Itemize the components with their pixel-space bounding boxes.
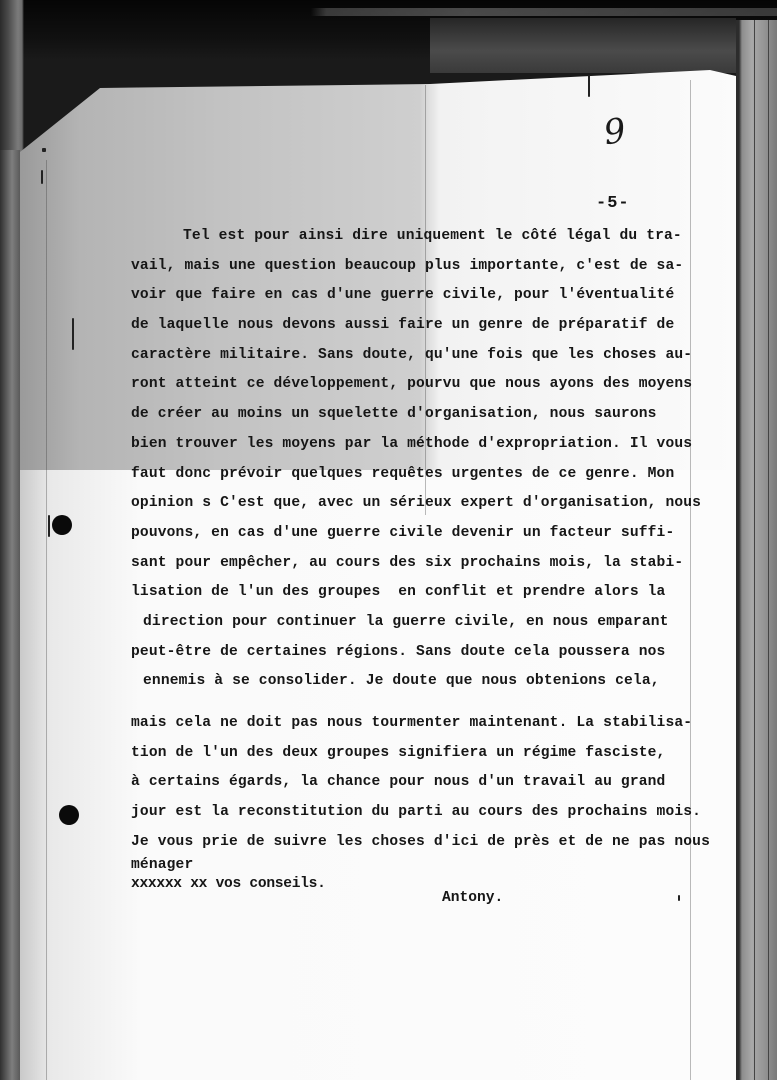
letter-body: Tel est pour ainsi dire uniquement le cô…: [131, 222, 721, 895]
body-line: ront atteint ce développement, pourvu qu…: [131, 370, 721, 400]
body-line: ennemis à se consolider. Je doute que no…: [131, 667, 721, 697]
scan-mark: [678, 895, 680, 901]
body-line: mais cela ne doit pas nous tourmenter ma…: [131, 709, 721, 739]
body-line: faut donc prévoir quelques requêtes urge…: [131, 460, 721, 490]
body-line: voir que faire en cas d'une guerre civil…: [131, 281, 721, 311]
body-line: sant pour empêcher, au cours des six pro…: [131, 549, 721, 579]
scan-fold-line: [46, 160, 47, 1080]
body-line: Je vous prie de suivre les choses d'ici …: [131, 828, 721, 858]
scan-mark: [588, 75, 590, 97]
body-line: Tel est pour ainsi dire uniquement le cô…: [131, 222, 721, 252]
scan-mark: [72, 318, 74, 350]
scan-left-margin: [0, 150, 20, 1080]
body-line: direction pour continuer la guerre civil…: [131, 608, 721, 638]
body-line: jour est la reconstitution du parti au c…: [131, 798, 721, 828]
body-line: tion de l'un des deux groupes signifiera…: [131, 739, 721, 769]
body-line: vail, mais une question beaucoup plus im…: [131, 252, 721, 282]
body-line: à certains égards, la chance pour nous d…: [131, 768, 721, 798]
body-line-struck-through: xxxxxx xx vos conseils.: [131, 873, 721, 895]
page-number: -5-: [596, 194, 630, 213]
body-line: bien trouver les moyens par la méthode d…: [131, 430, 721, 460]
body-line: peut-être de certaines régions. Sans dou…: [131, 638, 721, 668]
body-line: pouvons, en cas d'une guerre civile deve…: [131, 519, 721, 549]
scan-mark: [41, 170, 43, 184]
scan-right-margin: [736, 20, 777, 1080]
body-line: lisation de l'un des groupes en conflit …: [131, 578, 721, 608]
scan-mark: [48, 515, 50, 537]
body-line: opinion s C'est que, avec un sérieux exp…: [131, 489, 721, 519]
scan-top-edge: [0, 8, 777, 16]
scan-mark: [42, 148, 46, 152]
body-line: caractère militaire. Sans doute, qu'une …: [131, 341, 721, 371]
body-line: de créer au moins un squelette d'organis…: [131, 400, 721, 430]
body-line: de laquelle nous devons aussi faire un g…: [131, 311, 721, 341]
punch-hole: [59, 805, 79, 825]
scan-shadow-band: [430, 18, 736, 73]
punch-hole: [52, 515, 72, 535]
signature: Antony.: [442, 890, 503, 906]
inserted-correction: ménager: [131, 857, 721, 873]
